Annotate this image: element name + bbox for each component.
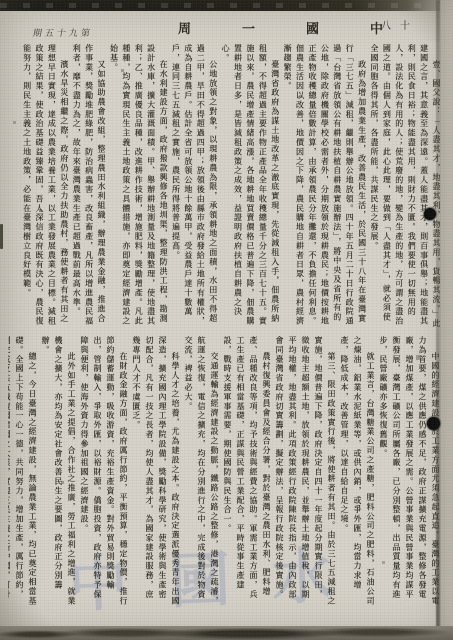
text-block-bottom: 中國的經濟建設，於工業方面尤須急起直追。臺灣的工業以電力為首要，煤之供應仍感不足… <box>8 336 442 606</box>
paragraph: 壹、國父說：「人盡其才，地盡其利，物盡其用，貨暢其流。」此建國之言，其意義至為深… <box>368 44 442 330</box>
paragraph: 濱水旱災相繼之際，政府仍以全力扶助農村，務使耕者有其田之理想早日實現，達成以農業… <box>20 44 70 330</box>
paragraph: 交通運輸為經濟建設之動脈，鐵路公路之整修，港灣之疏濬，航運之恢復，電信之擴充，均… <box>182 336 221 606</box>
black-dot-marker-lower <box>427 417 440 430</box>
text-block-top: 壹、國父說：「人盡其才，地盡其利，物盡其用，貨暢其流。」此建國之言，其意義至為深… <box>8 44 442 330</box>
paragraph: 在財政金融方面，政府厲行節約，平衡預算，穩定物價，推行節約儲蓄運動，吸收游資，充… <box>78 336 130 606</box>
page-number-label: 八十 <box>381 17 419 32</box>
paragraph: 政府為增加農業生產，改善農民生活，於民國三十八年在臺灣實行「三七五」減租，繼則舉… <box>281 44 368 330</box>
paragraph: 總之，今日臺灣之經濟建設，無論農業工業，均已奠定相當基礎。全國上下苟能一心一德，… <box>8 336 39 606</box>
scan-speckles <box>0 0 1 1</box>
paragraph: 又如協助農會改組，整理農田水利組織，辦理農業金融，推進合作事業，獎勵堆肥綠肥，防… <box>70 44 107 330</box>
black-dot-marker-upper <box>424 208 436 220</box>
paragraph: 就工業言，台灣糖業公司之產糖，肥料公司之肥料，石油公司之煉油，鋁業水泥紙業等，或… <box>338 336 377 606</box>
scan-bottom-edge-band <box>0 626 453 640</box>
paragraph: 第三、限田政策實行後，將使耕者有其田。由於三七五減租之實施，地價普遍下降，政府決… <box>273 336 338 606</box>
paragraph: 科學人才之培養，尤為建設之本。政府決定選派優秀青年出國深造，擴充國內理工學院設備… <box>130 336 182 606</box>
paragraph: 農村復興委員會及經合分署，對於臺灣之農田水利、肥料增產、品種改良等項，均予技術與… <box>221 336 273 606</box>
issue-number-label: 期五十九第 <box>32 26 94 39</box>
scanned-magazine-page: { "page": { "paper_color": "#d6d2c9", "i… <box>0 0 453 640</box>
page-header: 期五十九第 周 一 國 中 八十 <box>0 15 453 43</box>
paragraph: 中國的經濟建設，於工業方面尤須急起直追。臺灣的工業以電力為首要，煤之供應仍感不足… <box>377 336 442 606</box>
scan-top-edge-texture <box>0 3 453 8</box>
scan-right-paper-edge <box>440 0 453 640</box>
paragraph: 此外如手工業之提倡，合作社之推廣，勞工福利之增進，就業機會之擴大，亦均為安定社會… <box>39 336 78 606</box>
masthead-title: 周 一 國 中 <box>178 18 402 37</box>
scan-top-edge-bar <box>0 0 453 11</box>
paragraph: 臺灣省政府為謀土地改革之澈底實現，先從減租入手，佃農所納租額，不得超過主要作物正… <box>219 44 281 330</box>
paragraph: 公地放領之對象，以現耕農為限，承領耕地之面積，水田不得超過二甲，旱田不得超過四甲… <box>169 44 219 330</box>
paragraph: 在水利建設方面，政府撥款興修各地圳渠，整理防洪工程，勘測設計水庫，擴大灌溉面積。… <box>107 44 169 330</box>
scan-left-edge-mark <box>0 224 3 249</box>
scan-gutter-streak <box>436 0 440 640</box>
